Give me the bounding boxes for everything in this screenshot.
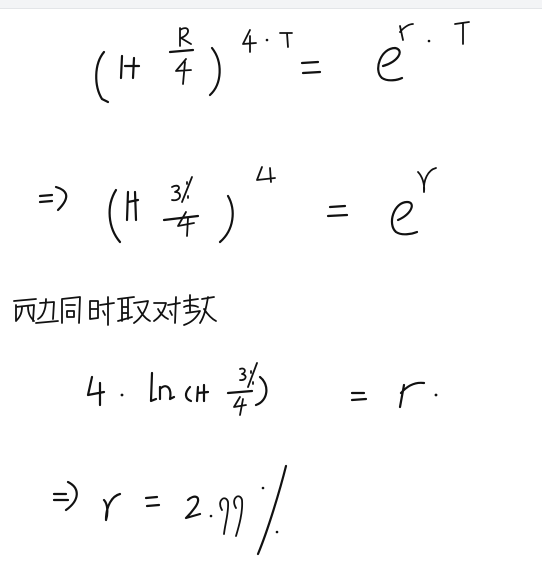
note-line: 两边同时取对数 xyxy=(0,285,542,335)
handwriting-equation-4 xyxy=(0,450,542,560)
equation-line-2: ⇒ (1 + 3%/4)^4 = e^r xyxy=(0,150,542,260)
equation-line-1: (1 + R/4)^(4·T) = e^(r·T) xyxy=(0,0,542,110)
handwriting-note xyxy=(0,285,542,335)
equation-line-3: 4 · ln(1 + 3%/4) = r. xyxy=(0,355,542,430)
equation-line-4: ⇒ r = 2.99 % xyxy=(0,450,542,560)
handwriting-equation-3 xyxy=(0,355,542,430)
handwriting-equation-2 xyxy=(0,150,542,260)
handwriting-equation-1 xyxy=(0,0,542,110)
handwritten-page: (1 + R/4)^(4·T) = e^(r·T) xyxy=(0,0,542,587)
